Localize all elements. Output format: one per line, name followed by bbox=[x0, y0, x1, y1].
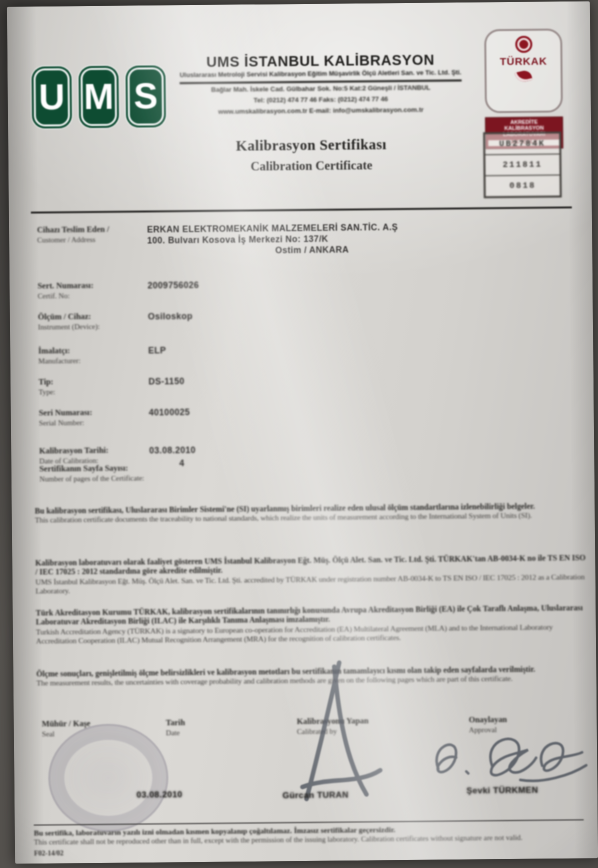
seal-label-tr: Mühür / Kaşe bbox=[42, 719, 91, 729]
document-title: Kalibrasyon Sertifikası Calibration Cert… bbox=[176, 137, 446, 176]
customer-value: ERKAN ELEKTROMEKANİK MALZEMELERİ SAN.TİC… bbox=[147, 222, 457, 258]
company-phone: Tel: (0212) 474 77 46 Faks: (0212) 474 7… bbox=[180, 95, 462, 106]
approval-name: Şevki TÜRKMEN bbox=[466, 785, 538, 796]
paragraph-accreditation: Kalibrasyon laboratuvarı olarak faaliyet… bbox=[35, 553, 588, 595]
field-customer: Cihazı Teslim Eden / Customer / Address … bbox=[37, 222, 457, 245]
ums-logo-letter-s: S bbox=[125, 65, 166, 127]
company-name: UMS İSTANBUL KALİBRASYON bbox=[179, 52, 461, 71]
turkak-emblem-icon bbox=[515, 36, 532, 53]
round-seal-stamp bbox=[48, 723, 169, 832]
ums-logo-letter-m: M bbox=[78, 66, 119, 128]
signature-date-value: 03.08.2010 bbox=[136, 789, 182, 799]
company-address: Bağlar Mah. İskele Cad. Gülbahar Sok. No… bbox=[180, 84, 462, 95]
paragraph-en: UMS İstanbul Kalibrasyon Eğt. Müş. Ölçü … bbox=[35, 572, 588, 596]
turkak-swoosh-icon bbox=[515, 69, 533, 83]
header-divider bbox=[31, 206, 572, 213]
company-web: www.umskalibrasyon.com.tr E-mail: info@u… bbox=[180, 106, 462, 117]
company-subtitle: Uluslararası Metroloji Servisi Kalibrasy… bbox=[180, 69, 462, 83]
paragraph-traceability: Bu kalibrasyon sertifikası, Uluslararası… bbox=[35, 501, 588, 525]
calibrated-by-signature bbox=[275, 658, 396, 809]
field-serial: Seri Numarası: Serial Number: 40100025 bbox=[39, 404, 459, 427]
date-column: Tarih Date bbox=[166, 718, 185, 737]
certificate-page: U M S UMS İSTANBUL KALİBRASYON Uluslarar… bbox=[7, 1, 598, 864]
date-label-tr: Tarih bbox=[166, 718, 185, 728]
field-instrument: Ölçüm / Cihaz: Instrument (Device): Osil… bbox=[38, 309, 458, 332]
turkak-logo: TÜRKAK bbox=[484, 28, 563, 113]
turkak-brand: TÜRKAK bbox=[500, 56, 547, 68]
stamp-code-box: UB2784K 211811 0818 bbox=[483, 132, 562, 199]
paragraph-en: Turkish Accreditation Agency (TÜRKAK) is… bbox=[36, 622, 589, 646]
field-manufacturer: İmalatçı: Manufacturer: ELP bbox=[38, 343, 458, 366]
title-english: Calibration Certificate bbox=[176, 158, 446, 176]
form-code: F02-14/02 bbox=[34, 844, 584, 857]
scanned-photo: U M S UMS İSTANBUL KALİBRASYON Uluslarar… bbox=[0, 0, 598, 868]
field-pages: Sertifikanın Sayfa Sayısı: Number of pag… bbox=[39, 462, 339, 483]
stamp-code-row: 211811 bbox=[485, 155, 559, 177]
title-turkish: Kalibrasyon Sertifikası bbox=[176, 137, 446, 157]
field-label-en: Number of pages of the Certificate: bbox=[39, 471, 339, 483]
calibrated-by-name: Gürcan TURAN bbox=[282, 790, 348, 801]
stamp-code-row: 0818 bbox=[486, 176, 560, 197]
ums-logo: U M S bbox=[31, 65, 166, 128]
field-type: Tip: Type: DS-1150 bbox=[38, 374, 458, 397]
field-certificate-no: Sert. Numarası: Certif. No: 2009756026 bbox=[38, 278, 458, 301]
footer: Bu sertifika, laboratuvarın yazılı izni … bbox=[34, 819, 584, 857]
ums-logo-letter-u: U bbox=[31, 66, 72, 128]
letterhead: UMS İSTANBUL KALİBRASYON Uluslararası Me… bbox=[179, 52, 462, 116]
paragraph-mla: Türk Akreditasyon Kurumu TÜRKAK, kalibra… bbox=[36, 603, 589, 645]
stamp-code-row: UB2784K bbox=[485, 134, 559, 156]
pages-value: 4 bbox=[179, 455, 489, 469]
date-label-en: Date bbox=[166, 728, 185, 737]
